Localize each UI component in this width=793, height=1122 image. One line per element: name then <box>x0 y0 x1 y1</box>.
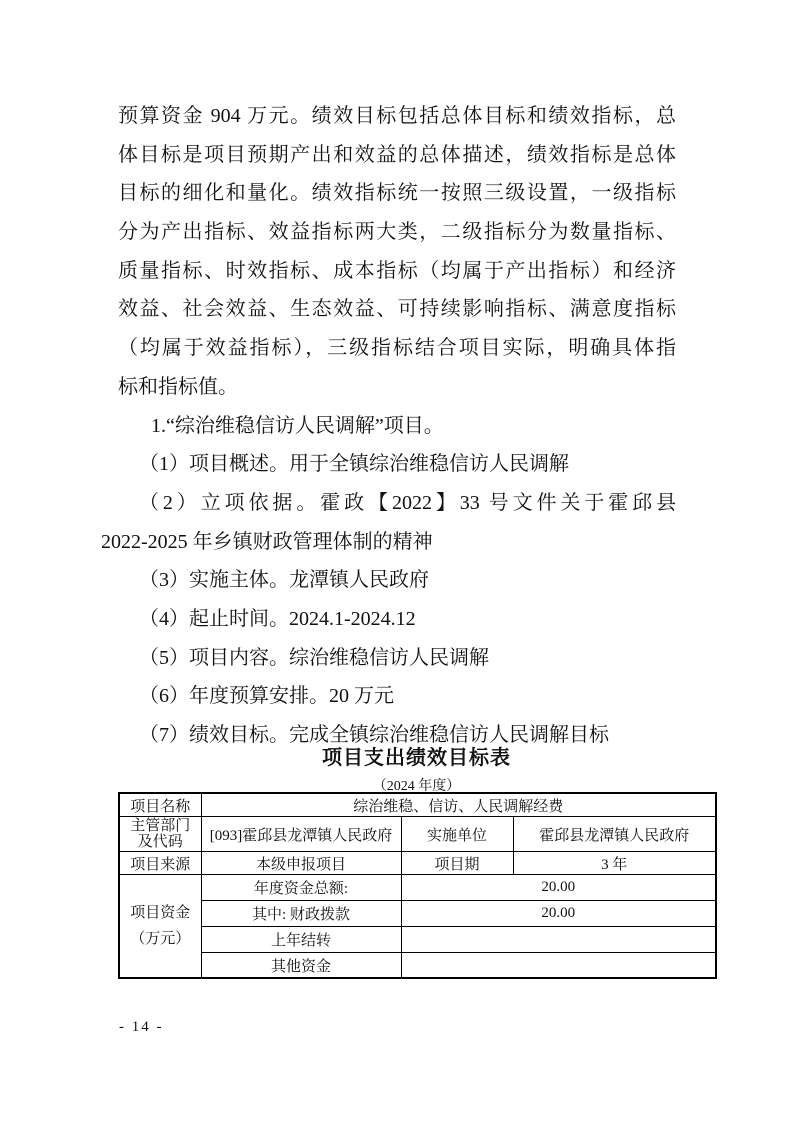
body-line: （均属于效益指标），三级指标结合项目实际，明确具体指 <box>118 329 676 368</box>
project-source-label: 项目来源 <box>119 852 201 875</box>
list-item-overview: （1）项目概述。用于全镇综治维稳信访人民调解 <box>118 445 676 484</box>
project-funds-label-line1: 项目资金 <box>130 905 190 921</box>
body-line: 目标的细化和量化。绩效指标统一按照三级设置，一级指标 <box>118 174 676 213</box>
impl-unit-value: 霍邱县龙潭镇人民政府 <box>513 817 716 852</box>
table-row: 上年结转 <box>119 927 716 953</box>
body-line: 质量指标、时效指标、成本指标（均属于产出指标）和经济 <box>118 252 676 291</box>
funds-total-value: 20.00 <box>401 875 716 901</box>
body-line: 体目标是项目预期产出和效益的总体描述，绩效指标是总体 <box>118 136 676 175</box>
list-item-implementer: （3）实施主体。龙潭镇人民政府 <box>118 561 676 600</box>
document-body: 预算资金 904 万元。绩效目标包括总体目标和绩效指标，总 体目标是项目预期产出… <box>118 97 676 755</box>
table-row: 项目名称 综治维稳、信访、人民调解经费 <box>119 793 716 817</box>
dept-code-label-line2: 及代码 <box>138 834 183 850</box>
list-item-budget: （6）年度预算安排。20 万元 <box>118 677 676 716</box>
page-number: - 14 - <box>119 1019 164 1036</box>
list-item-content: （5）项目内容。综治维稳信访人民调解 <box>118 639 676 678</box>
table-title: 项目支出绩效目标表 <box>118 741 715 770</box>
body-line: 效益、社会效益、生态效益、可持续影响指标、满意度指标 <box>118 290 676 329</box>
project-funds-label-line2: （万元） <box>130 931 190 947</box>
dept-code-label-line1: 主管部门 <box>130 818 190 834</box>
list-item-project-heading: 1.“综治维稳信访人民调解”项目。 <box>118 407 676 446</box>
funds-other-value <box>401 953 716 979</box>
project-name-label: 项目名称 <box>119 793 201 817</box>
funds-fiscal-label: 其中: 财政拨款 <box>201 901 401 927</box>
body-line: 标和指标值。 <box>118 368 676 407</box>
performance-goal-table: 项目名称 综治维稳、信访、人民调解经费 主管部门 及代码 [093]霍邱县龙潭镇… <box>118 792 717 979</box>
table-row: 项目来源 本级申报项目 项目期 3 年 <box>119 852 716 875</box>
project-period-label: 项目期 <box>401 852 513 875</box>
funds-carryover-value <box>401 927 716 953</box>
table-row: 其中: 财政拨款 20.00 <box>119 901 716 927</box>
funds-other-label: 其他资金 <box>201 953 401 979</box>
body-line: 预算资金 904 万元。绩效目标包括总体目标和绩效指标，总 <box>118 97 676 136</box>
dept-code-label: 主管部门 及代码 <box>119 817 201 852</box>
list-item-basis-cont: 2022-2025 年乡镇财政管理体制的精神 <box>101 523 676 562</box>
table-row: 项目资金 （万元） 年度资金总额: 20.00 <box>119 875 716 901</box>
document-page: 预算资金 904 万元。绩效目标包括总体目标和绩效指标，总 体目标是项目预期产出… <box>0 0 793 1122</box>
impl-unit-label: 实施单位 <box>401 817 513 852</box>
list-item-basis: （2）立项依据。霍政【2022】33 号文件关于霍邱县 <box>118 484 676 523</box>
project-name-value: 综治维稳、信访、人民调解经费 <box>201 793 716 817</box>
table-row: 其他资金 <box>119 953 716 979</box>
funds-total-label: 年度资金总额: <box>201 875 401 901</box>
funds-carryover-label: 上年结转 <box>201 927 401 953</box>
list-item-period: （4）起止时间。2024.1-2024.12 <box>118 600 676 639</box>
project-source-value: 本级申报项目 <box>201 852 401 875</box>
funds-fiscal-value: 20.00 <box>401 901 716 927</box>
dept-code-value: [093]霍邱县龙潭镇人民政府 <box>201 817 401 852</box>
body-line: 分为产出指标、效益指标两大类，二级指标分为数量指标、 <box>118 213 676 252</box>
table-row: 主管部门 及代码 [093]霍邱县龙潭镇人民政府 实施单位 霍邱县龙潭镇人民政府 <box>119 817 716 852</box>
project-funds-label: 项目资金 （万元） <box>119 875 201 979</box>
project-period-value: 3 年 <box>513 852 716 875</box>
